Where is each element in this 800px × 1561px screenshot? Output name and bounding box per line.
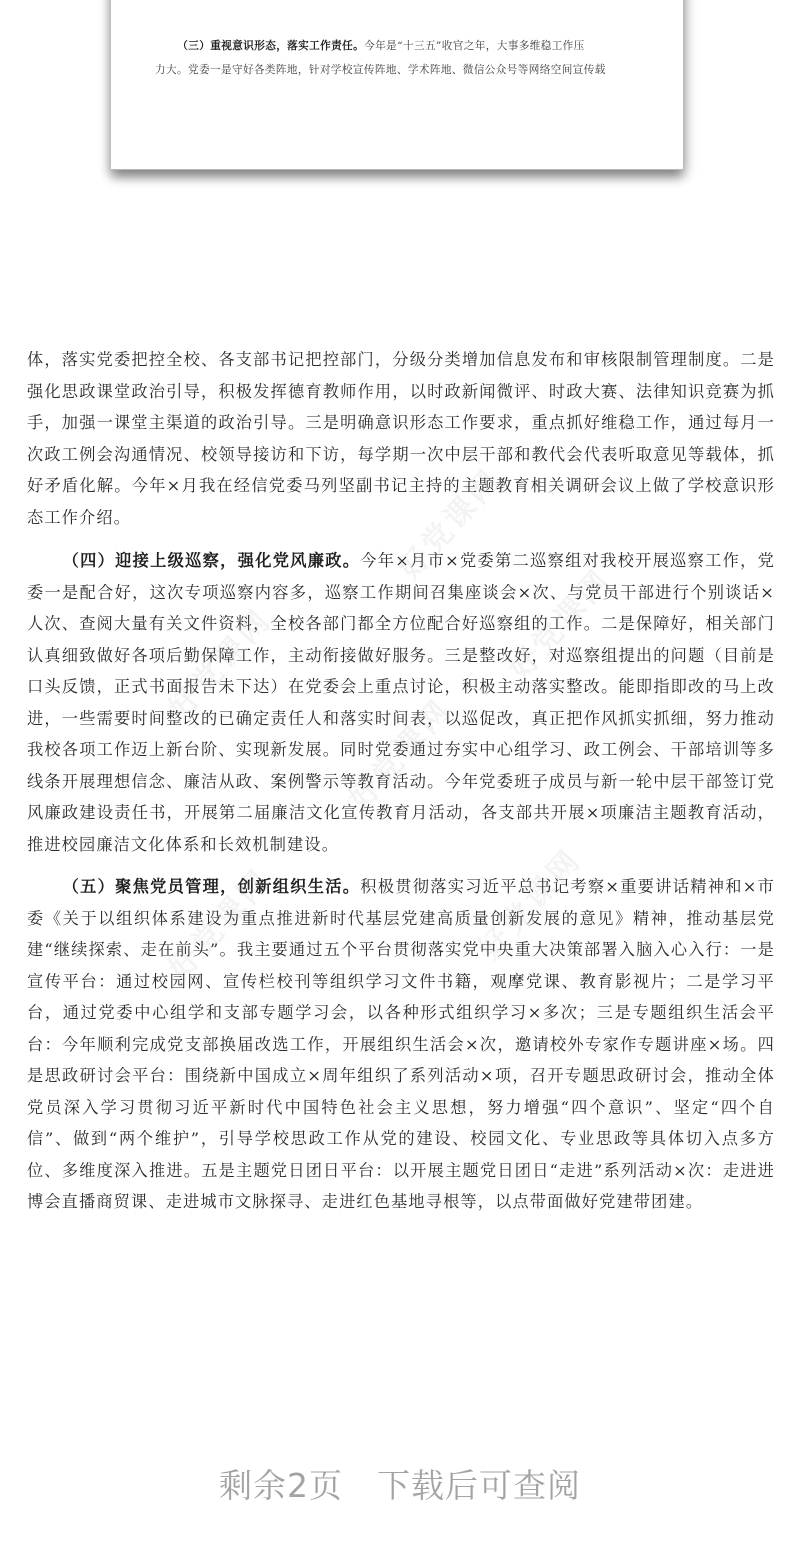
remaining-pages-notice[interactable]: 剩余2页下载后可查阅 — [0, 1460, 800, 1507]
section-4-heading: （四）迎接上级巡察，强化党风廉政。 — [63, 551, 361, 570]
document-body: 体，落实党委把控全校、各支部书记把控部门，分级分类增加信息发布和审核限制管理制度… — [27, 344, 775, 1229]
preview-line1-text: 今年是“十三五”收官之年，大事多维稳工作压 — [364, 40, 585, 52]
preview-paragraph: （三）重视意识形态，落实工作责任。今年是“十三五”收官之年，大事多维稳工作压力大… — [155, 34, 643, 82]
section-4-paragraph: （四）迎接上级巡察，强化党风廉政。今年×月市×党委第二巡察组对我校开展巡察工作，… — [27, 545, 775, 860]
preview-section-heading: （三）重视意识形态，落实工作责任。 — [177, 40, 364, 52]
remaining-pages-count: 剩余2页 — [219, 1466, 343, 1505]
paragraph-continued: 体，落实党委把控全校、各支部书记把控部门，分级分类增加信息发布和审核限制管理制度… — [27, 344, 775, 533]
preview-page-text: （三）重视意识形态，落实工作责任。今年是“十三五”收官之年，大事多维稳工作压力大… — [155, 34, 643, 82]
section-5-heading: （五）聚焦党员管理，创新组织生活。 — [63, 877, 361, 896]
preview-line2-text: 力大。党委一是守好各类阵地，针对学校宣传阵地、学术阵地、微信公众号等网络空间宣传… — [155, 58, 643, 82]
download-hint: 下载后可查阅 — [377, 1466, 581, 1505]
preview-page-card: （三）重视意识形态，落实工作责任。今年是“十三五”收官之年，大事多维稳工作压力大… — [111, 0, 683, 170]
section-5-body: 积极贯彻落实习近平总书记考察×重要讲话精神和×市委《关于以组织体系建设为重点推进… — [27, 877, 775, 1211]
section-4-body: 今年×月市×党委第二巡察组对我校开展巡察工作，党委一是配合好，这次专项巡察内容多… — [27, 551, 775, 854]
section-5-paragraph: （五）聚焦党员管理，创新组织生活。积极贯彻落实习近平总书记考察×重要讲话精神和×… — [27, 871, 775, 1218]
